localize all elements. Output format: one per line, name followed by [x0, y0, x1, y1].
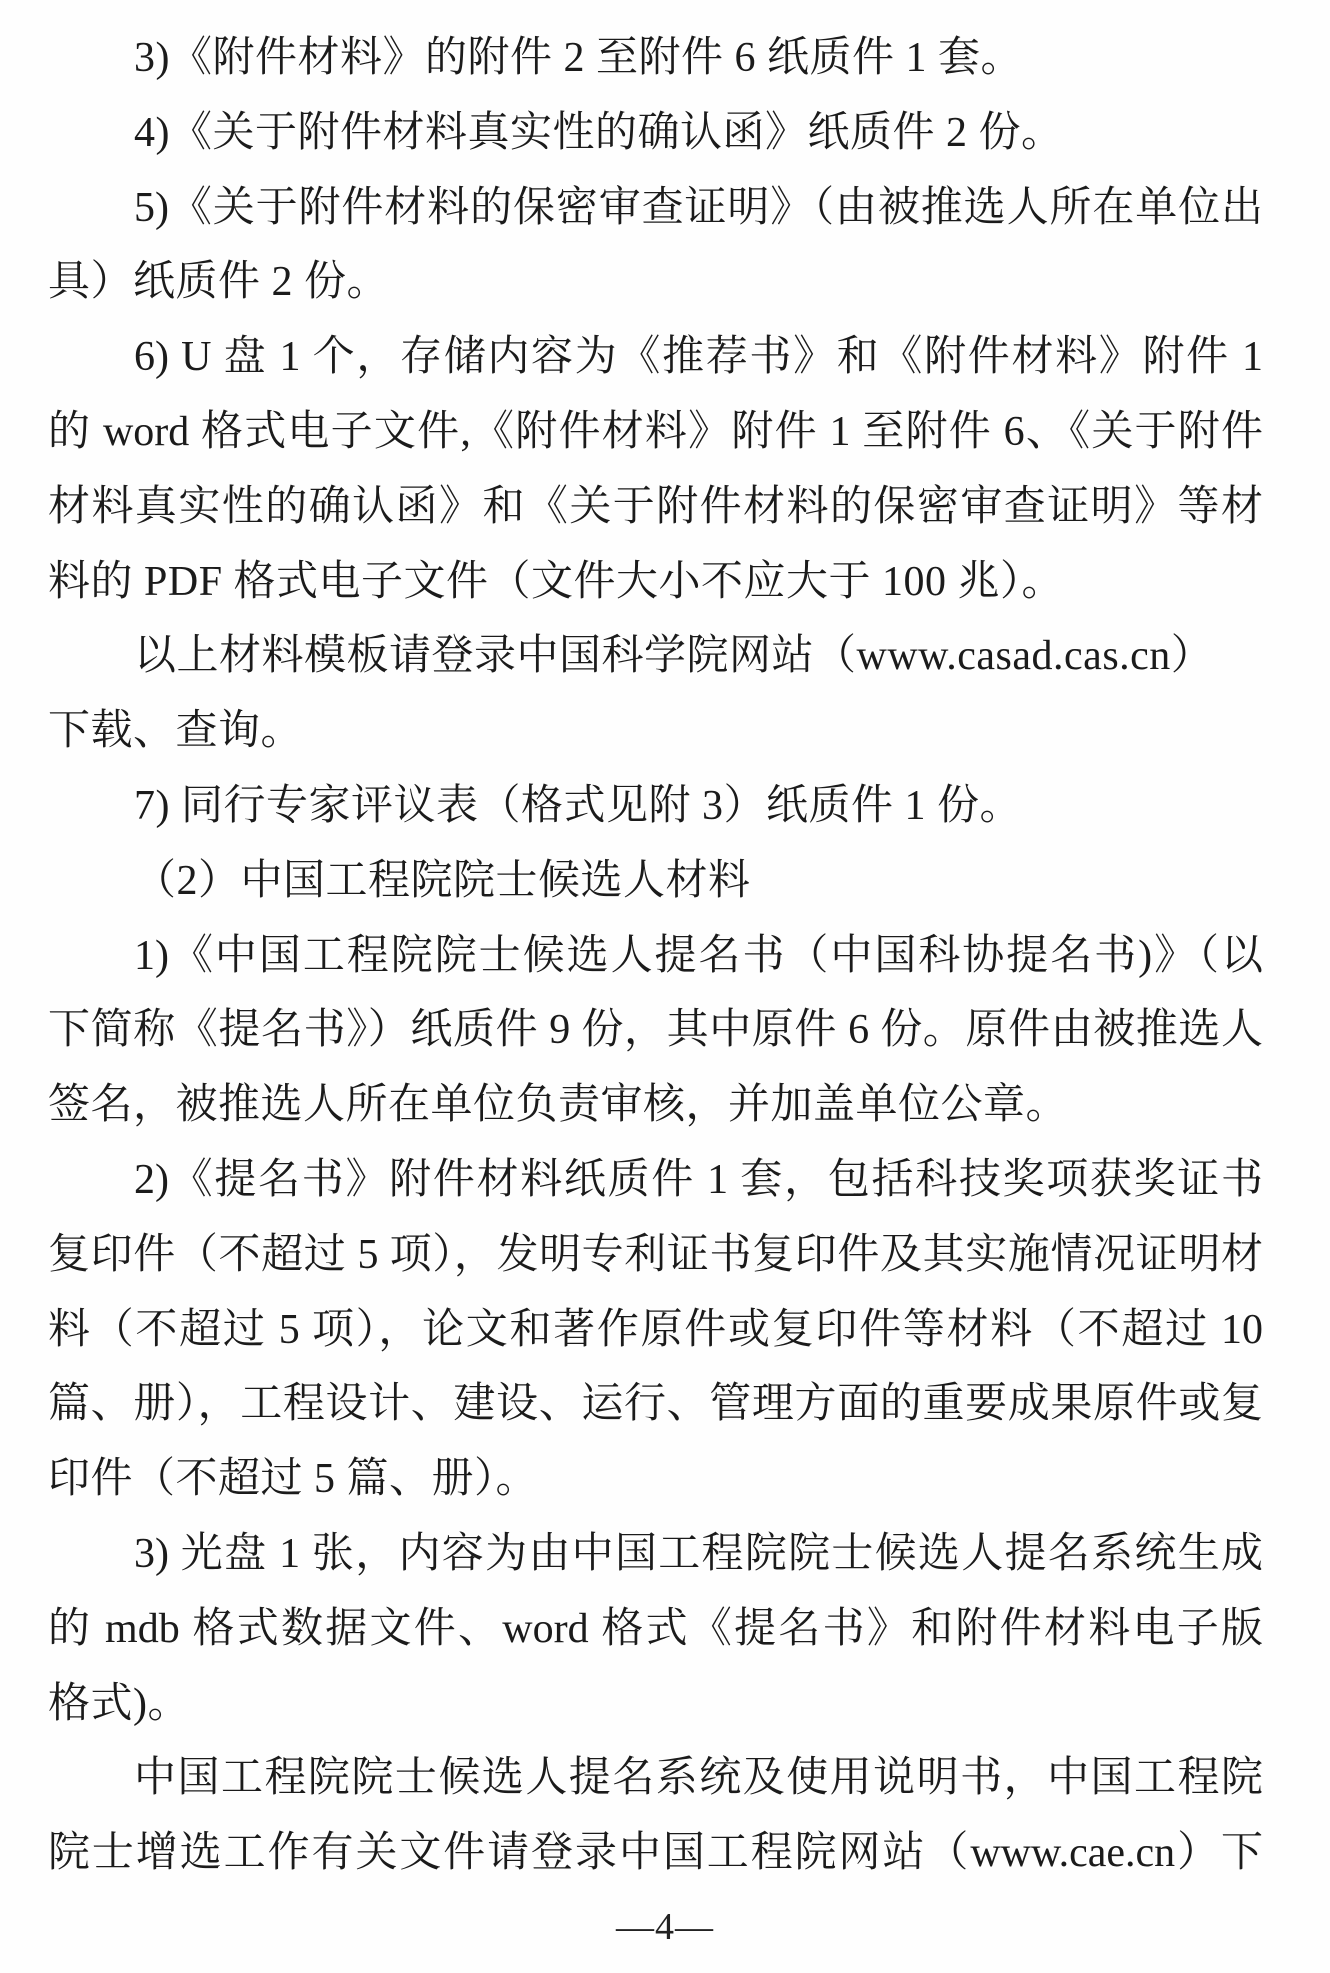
text-line: 的 mdb 格式数据文件、word 格式《提名书》和附件材料电子版(PDF: [48, 1592, 1263, 1667]
text-line: 的 word 格式电子文件,《附件材料》附件 1 至附件 6、《关于附件: [48, 395, 1263, 470]
text-line: 2)《提名书》附件材料纸质件 1 套，包括科技奖项获奖证书: [48, 1143, 1263, 1218]
text-line: 以上材料模板请登录中国科学院网站（www.casad.cas.cn）: [48, 619, 1263, 694]
text-line: 1)《中国工程院院士候选人提名书（中国科协提名书)》（以: [48, 919, 1263, 994]
text-line: 院士增选工作有关文件请登录中国工程院网站（www.cae.cn）下: [48, 1816, 1263, 1891]
text-line: （2）中国工程院院士候选人材料: [48, 844, 1263, 919]
text-line: 具）纸质件 2 份。: [48, 245, 1263, 320]
text-line: 5)《关于附件材料的保密审查证明》（由被推选人所在单位出: [48, 171, 1263, 246]
text-line: 中国工程院院士候选人提名系统及使用说明书，中国工程院: [48, 1741, 1263, 1816]
text-line: 6) U 盘 1 个，存储内容为《推荐书》和《附件材料》附件 1: [48, 320, 1263, 395]
text-line: 3) 光盘 1 张，内容为由中国工程院院士候选人提名系统生成: [48, 1517, 1263, 1592]
text-line: 材料真实性的确认函》和《关于附件材料的保密审查证明》等材: [48, 470, 1263, 545]
text-line: 下载、查询。: [48, 694, 1263, 769]
document-page: 3)《附件材料》的附件 2 至附件 6 纸质件 1 套。4)《关于附件材料真实性…: [0, 0, 1330, 1973]
text-line: 料（不超过 5 项），论文和著作原件或复印件等材料（不超过 10: [48, 1293, 1263, 1368]
text-line: 格式)。: [48, 1667, 1263, 1742]
text-line: 料的 PDF 格式电子文件（文件大小不应大于 100 兆）。: [48, 545, 1263, 620]
text-line: 3)《附件材料》的附件 2 至附件 6 纸质件 1 套。: [48, 21, 1263, 96]
text-line: 签名，被推选人所在单位负责审核，并加盖单位公章。: [48, 1068, 1263, 1143]
document-body: 3)《附件材料》的附件 2 至附件 6 纸质件 1 套。4)《关于附件材料真实性…: [48, 21, 1263, 1891]
text-line: 篇、册），工程设计、建设、运行、管理方面的重要成果原件或复: [48, 1367, 1263, 1442]
text-line: 7) 同行专家评议表（格式见附 3）纸质件 1 份。: [48, 769, 1263, 844]
page-number: —4—: [0, 1905, 1330, 1949]
text-line: 4)《关于附件材料真实性的确认函》纸质件 2 份。: [48, 96, 1263, 171]
text-line: 下简称《提名书》）纸质件 9 份，其中原件 6 份。原件由被推选人: [48, 993, 1263, 1068]
text-line: 复印件（不超过 5 项），发明专利证书复印件及其实施情况证明材: [48, 1218, 1263, 1293]
text-line: 印件（不超过 5 篇、册）。: [48, 1442, 1263, 1517]
